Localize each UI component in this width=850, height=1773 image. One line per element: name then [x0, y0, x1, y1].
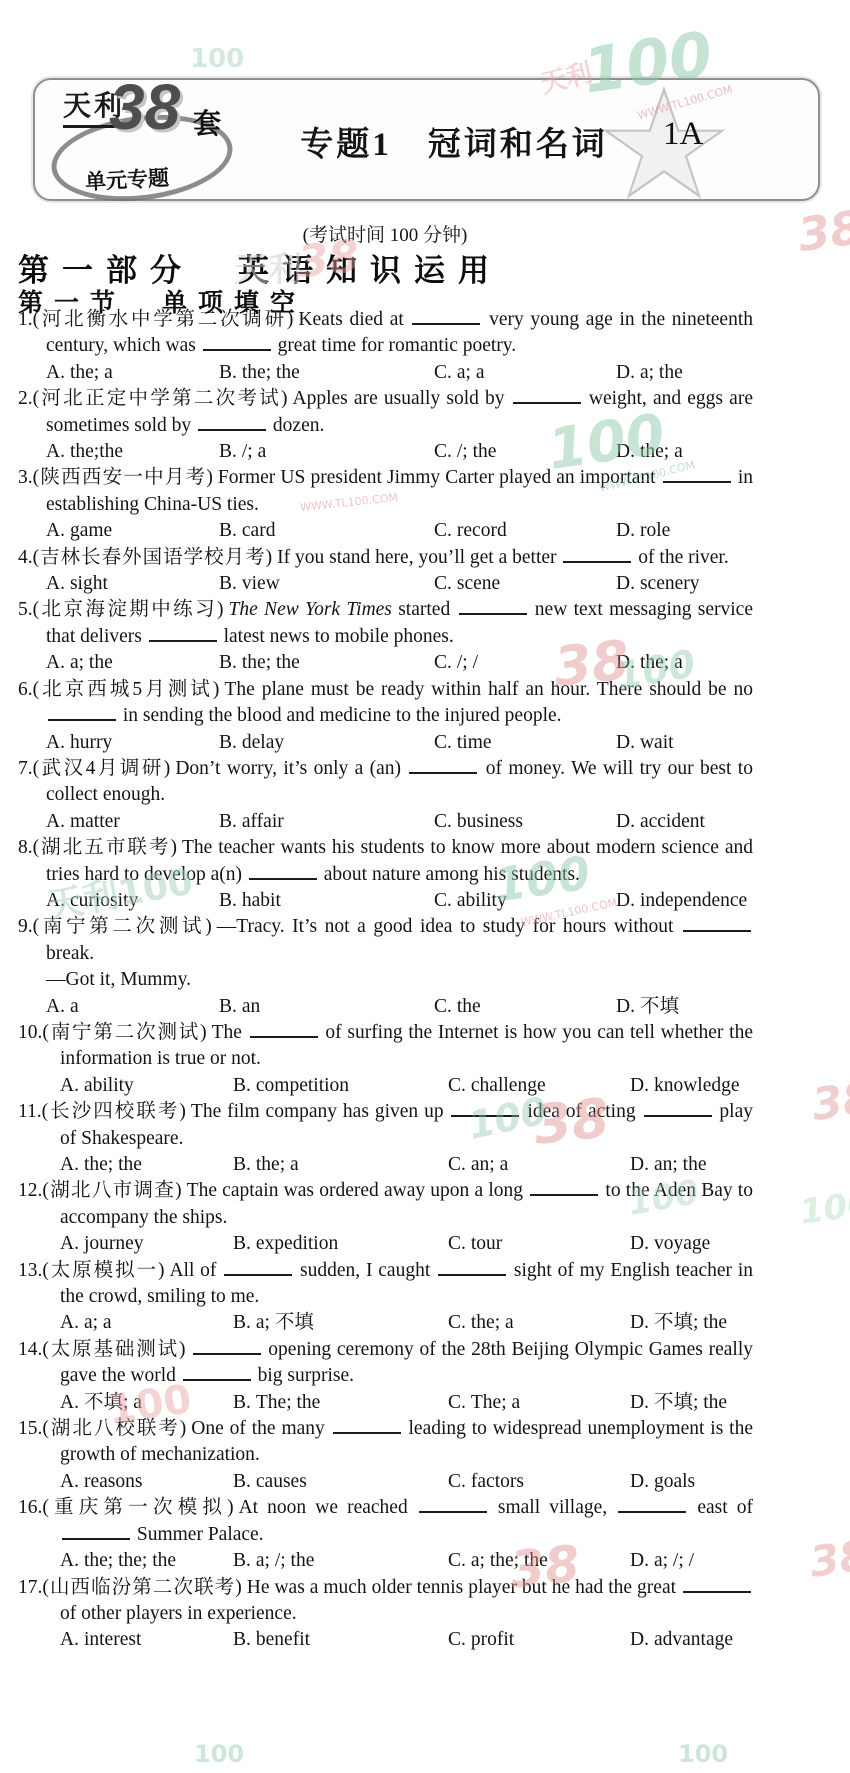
option-c: C.challenge — [448, 1073, 630, 1099]
option-text: game — [70, 520, 112, 541]
option-a: A.the; a — [46, 360, 219, 386]
blank-underline — [333, 1432, 401, 1434]
option-label: B. — [219, 811, 237, 832]
question: 9.(南宁第二次测试)—Tracy. It’s not a good idea … — [18, 914, 753, 1020]
option-label: A. — [46, 732, 65, 753]
question-source: (湖北五市联考) — [33, 837, 178, 858]
question: 15.(湖北八校联考)One of the many leading to wi… — [18, 1416, 753, 1495]
question: 6.(北京西城5月测试)The plane must be ready with… — [18, 677, 753, 756]
options-row: A.the; theB.the; aC.an; aD.an; the — [60, 1152, 753, 1178]
blank-underline — [62, 1538, 130, 1540]
option-c: C.a; a — [434, 360, 616, 386]
option-text: the; a — [640, 652, 683, 673]
option-d: D.independence — [616, 888, 753, 914]
question: 2.(河北正定中学第二次考试)Apples are usually sold b… — [18, 386, 753, 465]
option-text: business — [457, 811, 523, 832]
question-number: 8. — [18, 837, 33, 858]
question-number: 16. — [18, 1497, 42, 1518]
option-d: D.role — [616, 518, 753, 544]
option-b: B.the; a — [233, 1152, 448, 1178]
option-label: A. — [46, 362, 65, 383]
option-d: D.a; /; / — [630, 1548, 753, 1574]
option-label: D. — [616, 996, 635, 1017]
option-text: goals — [654, 1471, 695, 1492]
blank-underline — [409, 772, 477, 774]
option-text: tour — [471, 1233, 502, 1254]
watermark-text: 38 — [809, 1072, 850, 1131]
option-label: D. — [630, 1550, 649, 1571]
option-b: B.an — [219, 994, 434, 1020]
logo-tao-char: 套 — [193, 102, 221, 142]
question-number: 14. — [18, 1339, 42, 1360]
option-text: /; the — [457, 441, 497, 462]
option-b: B.benefit — [233, 1627, 448, 1653]
option-a: A.a; the — [46, 650, 219, 676]
option-d: D.the; a — [616, 439, 753, 465]
option-b: B.delay — [219, 730, 434, 756]
option-label: C. — [448, 1154, 466, 1175]
option-b: B.expedition — [233, 1231, 448, 1257]
option-label: A. — [46, 573, 65, 594]
option-text: a; 不填 — [256, 1312, 314, 1333]
options-row: A.abilityB.competitionC.challengeD.knowl… — [60, 1073, 753, 1099]
option-text: an; a — [471, 1154, 508, 1175]
question-source: (吉林长春外国语学校月考) — [33, 547, 274, 568]
question: 14.(太原基础测试) opening ceremony of the 28th… — [18, 1337, 753, 1416]
question-source: (太原模拟一) — [42, 1260, 165, 1281]
blank-underline — [451, 1115, 519, 1117]
question: 10.(南宁第二次测试)The of surfing the Internet … — [18, 1020, 753, 1099]
option-text: a; the — [640, 362, 683, 383]
option-label: D. — [616, 573, 635, 594]
option-text: 不填; the — [654, 1312, 727, 1333]
option-text: view — [242, 573, 280, 594]
question-source: (北京海淀期中练习) — [33, 599, 225, 620]
question-number: 6. — [18, 679, 33, 700]
options-row: A.sightB.viewC.sceneD.scenery — [46, 571, 753, 597]
option-d: D.不填 — [616, 994, 753, 1020]
options-row: A.reasonsB.causesC.factorsD.goals — [60, 1469, 753, 1495]
option-label: A. — [46, 890, 65, 911]
option-label: A. — [60, 1075, 79, 1096]
option-text: 不填; the — [654, 1392, 727, 1413]
option-d: D.不填; the — [630, 1310, 753, 1336]
option-b: B.a; 不填 — [233, 1310, 448, 1336]
options-row: A.gameB.cardC.recordD.role — [46, 518, 753, 544]
watermark-text: 100 — [190, 44, 244, 74]
option-text: a; /; the — [256, 1550, 314, 1571]
blank-underline — [419, 1511, 487, 1513]
option-a: A.不填; a — [60, 1390, 233, 1416]
option-label: C. — [434, 652, 452, 673]
blank-underline — [663, 481, 731, 483]
option-d: D.a; the — [616, 360, 753, 386]
question: 5.(北京海淀期中练习)The New York Times started n… — [18, 597, 753, 676]
option-a: A.journey — [60, 1231, 233, 1257]
option-c: C.ability — [434, 888, 616, 914]
option-b: B.the; the — [219, 650, 434, 676]
option-label: B. — [233, 1312, 251, 1333]
option-text: journey — [84, 1233, 144, 1254]
question-number: 1. — [18, 309, 33, 330]
option-a: A.a; a — [60, 1310, 233, 1336]
option-label: C. — [448, 1550, 466, 1571]
question-list: 1.(河北衡水中学第二次调研)Keats died at very young … — [18, 307, 753, 1654]
option-text: the; the — [242, 362, 300, 383]
option-label: D. — [616, 890, 635, 911]
option-c: C./; / — [434, 650, 616, 676]
option-d: D.an; the — [630, 1152, 753, 1178]
option-label: B. — [219, 362, 237, 383]
question: 11.(长沙四校联考)The film company has given up… — [18, 1099, 753, 1178]
question-number: 9. — [18, 916, 33, 937]
question: 4.(吉林长春外国语学校月考)If you stand here, you’ll… — [18, 545, 753, 598]
option-label: C. — [434, 362, 452, 383]
option-label: C. — [434, 573, 452, 594]
option-label: A. — [60, 1471, 79, 1492]
logo-number: 38 — [109, 70, 180, 144]
badge-label: 1A — [663, 116, 703, 153]
blank-underline — [193, 1353, 261, 1355]
option-text: habit — [242, 890, 281, 911]
option-b: B.a; /; the — [233, 1548, 448, 1574]
question: 12.(湖北八市调查)The captain was ordered away … — [18, 1178, 753, 1257]
option-label: C. — [448, 1233, 466, 1254]
option-text: interest — [84, 1629, 141, 1650]
option-text: curiosity — [70, 890, 138, 911]
option-text: the; the — [242, 652, 300, 673]
question-number: 7. — [18, 758, 33, 779]
watermark-text: 100 — [678, 1740, 728, 1768]
question-source: (南宁第二次测试) — [42, 1022, 207, 1043]
option-c: C.business — [434, 809, 616, 835]
question-text-line2: —Got it, Mummy. — [46, 967, 753, 993]
option-label: C. — [448, 1471, 466, 1492]
option-label: A. — [60, 1154, 79, 1175]
options-row: A.journeyB.expeditionC.tourD.voyage — [60, 1231, 753, 1257]
option-text: scene — [457, 573, 500, 594]
star-badge: 1A — [600, 86, 728, 210]
option-label: B. — [219, 573, 237, 594]
option-b: B./; a — [219, 439, 434, 465]
question-number: 11. — [18, 1101, 42, 1122]
option-label: C. — [434, 732, 452, 753]
blank-underline — [683, 1591, 751, 1593]
option-b: B.view — [219, 571, 434, 597]
options-row: A.interestB.benefitC.profitD.advantage — [60, 1627, 753, 1653]
question: 7.(武汉4月调研)Don’t worry, it’s only a (an) … — [18, 756, 753, 835]
option-a: A.ability — [60, 1073, 233, 1099]
question-source: (河北衡水中学第二次调研) — [33, 309, 295, 330]
option-text: ability — [84, 1075, 134, 1096]
option-label: A. — [46, 441, 65, 462]
option-d: D.不填; the — [630, 1390, 753, 1416]
option-text: voyage — [654, 1233, 710, 1254]
option-text: a; a — [84, 1312, 112, 1333]
blank-underline — [250, 1036, 318, 1038]
question-source: (长沙四校联考) — [42, 1101, 187, 1122]
question-number: 15. — [18, 1418, 42, 1439]
option-a: A.sight — [46, 571, 219, 597]
question-source: (河北正定中学第二次考试) — [33, 388, 289, 409]
question-number: 2. — [18, 388, 33, 409]
option-label: B. — [233, 1471, 251, 1492]
option-text: affair — [242, 811, 284, 832]
blank-underline — [249, 878, 317, 880]
option-label: D. — [630, 1233, 649, 1254]
option-text: causes — [256, 1471, 307, 1492]
option-a: A.the;the — [46, 439, 219, 465]
option-text: factors — [471, 1471, 524, 1492]
option-text: role — [640, 520, 670, 541]
option-text: independence — [640, 890, 747, 911]
option-text: matter — [70, 811, 120, 832]
option-text: sight — [70, 573, 108, 594]
option-text: advantage — [654, 1629, 733, 1650]
option-c: C.record — [434, 518, 616, 544]
blank-underline — [224, 1274, 292, 1276]
option-a: A.reasons — [60, 1469, 233, 1495]
option-text: ability — [457, 890, 507, 911]
options-row: A.不填; aB.The; theC.The; aD.不填; the — [60, 1390, 753, 1416]
option-d: D.advantage — [630, 1627, 753, 1653]
question-source: (武汉4月调研) — [33, 758, 172, 779]
blank-underline — [149, 640, 217, 642]
option-d: D.knowledge — [630, 1073, 753, 1099]
option-b: B.habit — [219, 888, 434, 914]
option-text: a; the — [70, 652, 113, 673]
question-number: 13. — [18, 1260, 42, 1281]
option-label: B. — [233, 1550, 251, 1571]
option-a: A.the; the — [60, 1152, 233, 1178]
question-number: 3. — [18, 467, 33, 488]
question-number: 5. — [18, 599, 33, 620]
option-label: A. — [60, 1550, 79, 1571]
option-a: A.curiosity — [46, 888, 219, 914]
italic-publication-name: The New York Times — [229, 599, 392, 620]
option-label: B. — [219, 996, 237, 1017]
option-a: A.a — [46, 994, 219, 1020]
option-c: C./; the — [434, 439, 616, 465]
blank-underline — [198, 429, 266, 431]
option-a: A.hurry — [46, 730, 219, 756]
question-number: 17. — [18, 1577, 42, 1598]
option-d: D.the; a — [616, 650, 753, 676]
option-text: /; a — [242, 441, 266, 462]
option-b: B.causes — [233, 1469, 448, 1495]
option-b: B.The; the — [233, 1390, 448, 1416]
option-label: C. — [448, 1629, 466, 1650]
blank-underline — [203, 349, 271, 351]
question: 1.(河北衡水中学第二次调研)Keats died at very young … — [18, 307, 753, 386]
question-number: 10. — [18, 1022, 42, 1043]
question-source: (重庆第一次模拟) — [42, 1497, 234, 1518]
option-text: card — [242, 520, 276, 541]
options-row: A.a; theB.the; theC./; /D.the; a — [46, 650, 753, 676]
option-text: 不填; a — [84, 1392, 142, 1413]
option-label: D. — [630, 1392, 649, 1413]
option-text: an; the — [654, 1154, 707, 1175]
option-c: C.the — [434, 994, 616, 1020]
question-source: (南宁第二次测试) — [33, 916, 213, 937]
option-text: delay — [242, 732, 284, 753]
option-text: competition — [256, 1075, 349, 1096]
option-text: knowledge — [654, 1075, 740, 1096]
blank-underline — [48, 719, 116, 721]
option-label: B. — [233, 1154, 251, 1175]
question-number: 4. — [18, 547, 33, 568]
option-a: A.interest — [60, 1627, 233, 1653]
option-label: C. — [434, 996, 452, 1017]
option-label: D. — [630, 1471, 649, 1492]
option-label: D. — [630, 1075, 649, 1096]
blank-underline — [644, 1115, 712, 1117]
question: 16.(重庆第一次模拟)At noon we reached small vil… — [18, 1495, 753, 1574]
option-label: B. — [219, 732, 237, 753]
option-label: D. — [630, 1154, 649, 1175]
options-row: A.the; aB.the; theC.a; aD.a; the — [46, 360, 753, 386]
option-label: B. — [219, 520, 237, 541]
option-label: B. — [233, 1392, 251, 1413]
options-row: A.curiosityB.habitC.abilityD.independenc… — [46, 888, 753, 914]
option-label: A. — [60, 1629, 79, 1650]
option-a: A.the; the; the — [60, 1548, 233, 1574]
option-text: accident — [640, 811, 705, 832]
question-source: (北京西城5月测试) — [33, 679, 221, 700]
option-text: reasons — [84, 1471, 142, 1492]
option-label: C. — [448, 1312, 466, 1333]
option-c: C.scene — [434, 571, 616, 597]
option-text: the; a — [640, 441, 683, 462]
question-source: (山西临汾第二次联考) — [42, 1577, 242, 1598]
option-label: A. — [46, 811, 65, 832]
option-text: The; a — [471, 1392, 520, 1413]
watermark-text: 38 — [795, 200, 850, 262]
option-text: benefit — [256, 1629, 310, 1650]
options-row: A.aB.anC.theD.不填 — [46, 994, 753, 1020]
option-d: D.voyage — [630, 1231, 753, 1257]
option-label: A. — [60, 1233, 79, 1254]
option-text: challenge — [471, 1075, 546, 1096]
question: 13.(太原模拟一)All of sudden, I caught sight … — [18, 1258, 753, 1337]
option-d: D.scenery — [616, 571, 753, 597]
question-text: If you stand here, you’ll get a better o… — [277, 547, 729, 568]
option-label: C. — [434, 811, 452, 832]
option-text: the; a — [471, 1312, 514, 1333]
watermark-text: 100 — [194, 1740, 244, 1768]
option-label: D. — [616, 362, 635, 383]
option-text: the — [457, 996, 481, 1017]
logo-subtitle: 单元专题 — [84, 162, 169, 196]
blank-underline — [618, 1511, 686, 1513]
option-label: C. — [448, 1075, 466, 1096]
question-source: (陕西西安一中月考) — [33, 467, 214, 488]
option-label: C. — [448, 1392, 466, 1413]
option-d: D.wait — [616, 730, 753, 756]
option-label: D. — [616, 811, 635, 832]
option-text: The; the — [256, 1392, 320, 1413]
question: 17.(山西临汾第二次联考)He was a much older tennis… — [18, 1575, 753, 1654]
options-row: A.matterB.affairC.businessD.accident — [46, 809, 753, 835]
question-source: (太原基础测试) — [42, 1339, 186, 1360]
option-label: D. — [616, 732, 635, 753]
option-text: the;the — [70, 441, 123, 462]
option-c: C.a; the; the — [448, 1548, 630, 1574]
blank-underline — [412, 323, 480, 325]
option-label: B. — [219, 890, 237, 911]
option-text: wait — [640, 732, 674, 753]
option-label: B. — [233, 1629, 251, 1650]
options-row: A.a; aB.a; 不填C.the; aD.不填; the — [60, 1310, 753, 1336]
blank-underline — [563, 561, 631, 563]
option-text: a; /; / — [654, 1550, 694, 1571]
question-source: (湖北八市调查) — [42, 1180, 182, 1201]
option-c: C.tour — [448, 1231, 630, 1257]
option-d: D.goals — [630, 1469, 753, 1495]
question-source: (湖北八校联考) — [42, 1418, 187, 1439]
option-c: C.an; a — [448, 1152, 630, 1178]
exam-time-note: (考试时间 100 分钟) — [0, 220, 770, 247]
blank-underline — [513, 402, 581, 404]
option-text: the; the; the — [84, 1550, 176, 1571]
option-text: an — [242, 996, 260, 1017]
option-text: 不填 — [640, 996, 679, 1017]
option-d: D.accident — [616, 809, 753, 835]
option-text: the; a — [70, 362, 113, 383]
option-label: D. — [630, 1629, 649, 1650]
header-box: 天利 38 套 单元专题 专题1 冠词和名词 1A — [33, 78, 820, 201]
option-label: D. — [616, 520, 635, 541]
tianli-38-logo: 天利 38 套 单元专题 — [51, 84, 271, 196]
option-text: hurry — [70, 732, 112, 753]
option-b: B.competition — [233, 1073, 448, 1099]
options-row: A.the; the; theB.a; /; theC.a; the; theD… — [60, 1548, 753, 1574]
option-b: B.the; the — [219, 360, 434, 386]
option-text: scenery — [640, 573, 700, 594]
option-c: C.factors — [448, 1469, 630, 1495]
option-text: a — [70, 996, 79, 1017]
option-label: A. — [46, 996, 65, 1017]
option-c: C.profit — [448, 1627, 630, 1653]
option-label: A. — [60, 1392, 79, 1413]
option-label: A. — [46, 520, 65, 541]
option-text: a; a — [457, 362, 485, 383]
option-label: C. — [434, 441, 452, 462]
blank-underline — [530, 1194, 598, 1196]
options-row: A.the;theB./; aC./; theD.the; a — [46, 439, 753, 465]
option-label: D. — [616, 652, 635, 673]
option-c: C.the; a — [448, 1310, 630, 1336]
option-text: expedition — [256, 1233, 338, 1254]
option-text: record — [457, 520, 507, 541]
option-b: B.card — [219, 518, 434, 544]
options-row: A.hurryB.delayC.timeD.wait — [46, 730, 753, 756]
option-text: a; the; the — [471, 1550, 548, 1571]
option-text: time — [457, 732, 492, 753]
option-label: B. — [233, 1075, 251, 1096]
scanned-exam-page: { "header": { "logo": { "brand": "天利", "… — [0, 0, 850, 1773]
blank-underline — [438, 1274, 506, 1276]
blank-underline — [183, 1379, 251, 1381]
blank-underline — [683, 930, 751, 932]
option-label: B. — [233, 1233, 251, 1254]
option-b: B.affair — [219, 809, 434, 835]
option-label: A. — [46, 652, 65, 673]
option-label: C. — [434, 890, 452, 911]
option-label: D. — [630, 1312, 649, 1333]
question: 8.(湖北五市联考)The teacher wants his students… — [18, 835, 753, 914]
watermark-text: 100 — [798, 1183, 850, 1232]
